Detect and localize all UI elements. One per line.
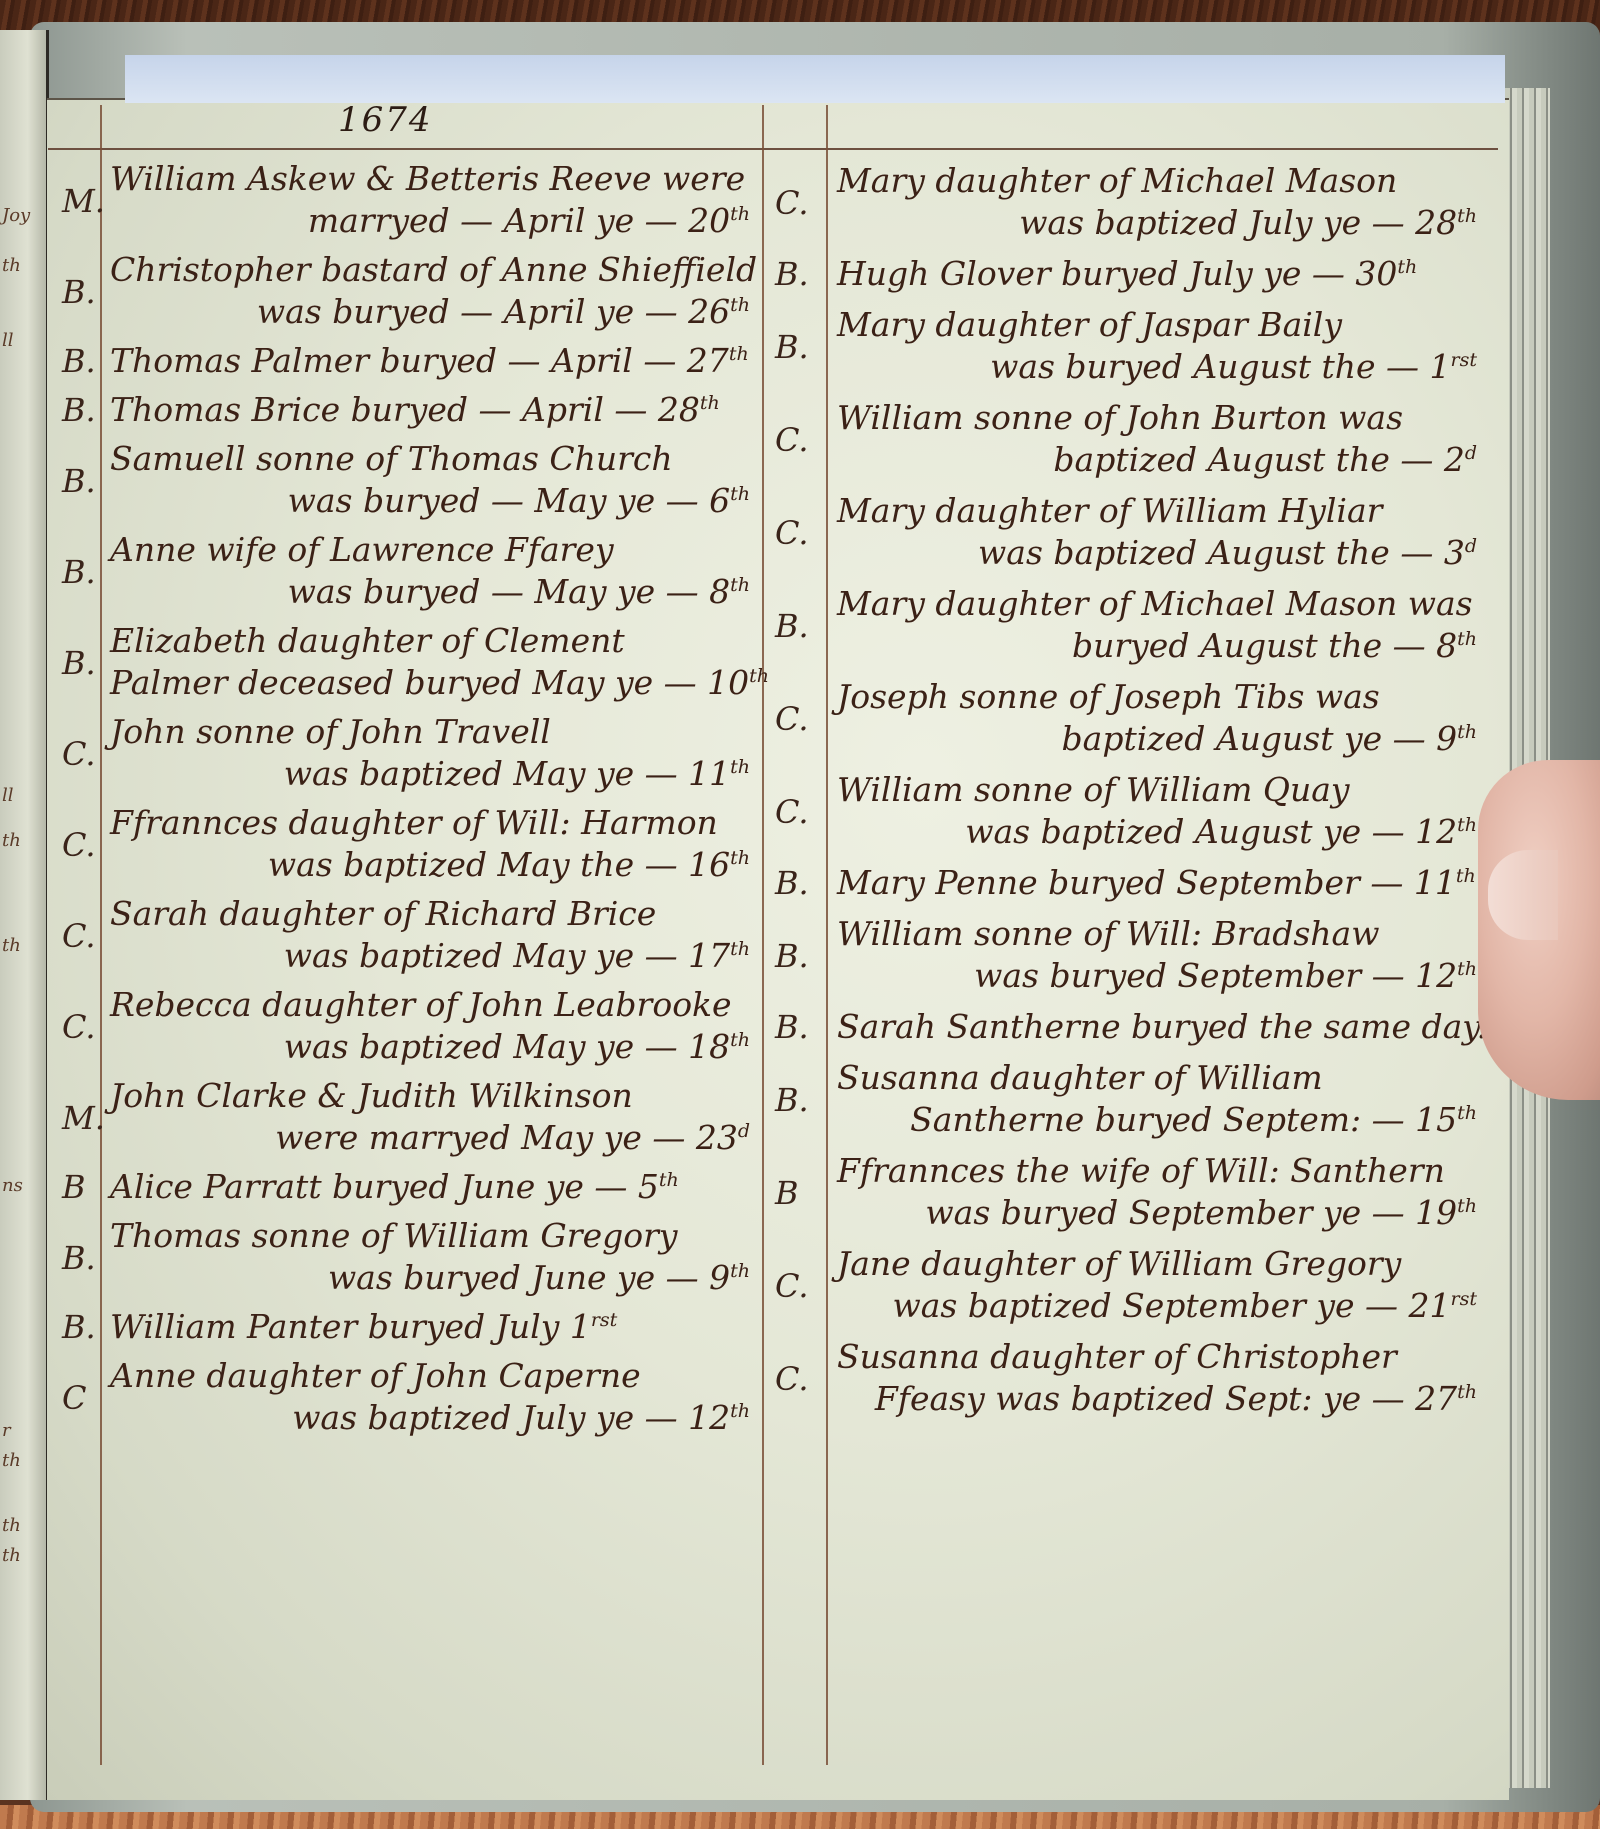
entry-line-2: was baptized August the — 3d bbox=[837, 532, 1477, 574]
margin-fragment: th bbox=[2, 935, 21, 956]
ordinal-suffix: th bbox=[1457, 1195, 1477, 1217]
ordinal-suffix: th bbox=[730, 203, 750, 225]
register-entry: B.William Panter buryed July 1rst bbox=[62, 1306, 762, 1348]
entry-line-1: Mary daughter of Jaspar Baily bbox=[837, 304, 1477, 346]
entry-line-1: Elizabeth daughter of Clement bbox=[110, 620, 750, 662]
entry-line-2: was buryed June ye — 9th bbox=[110, 1257, 750, 1299]
entry-type-code: C. bbox=[775, 1360, 809, 1398]
entry-line-2: Santherne buryed Septem: — 15th bbox=[837, 1099, 1477, 1141]
entry-line-2: baptized August the — 2d bbox=[837, 439, 1477, 481]
register-entry: B.Mary daughter of Michael Mason wasbury… bbox=[775, 583, 1480, 667]
register-entry: M.John Clarke & Judith Wilkinsonwere mar… bbox=[62, 1075, 762, 1159]
register-entry: BFfrannces the wife of Will: Santhernwas… bbox=[775, 1150, 1480, 1234]
ordinal-suffix: th bbox=[1457, 814, 1477, 836]
register-entry: B.Hugh Glover buryed July ye — 30th bbox=[775, 253, 1480, 295]
entry-line-2: Palmer deceased buryed May ye — 10th bbox=[110, 662, 750, 704]
ordinal-suffix: th bbox=[730, 847, 750, 869]
ordinal-suffix: th bbox=[659, 1169, 679, 1191]
margin-fragment: Joy bbox=[2, 205, 30, 226]
entry-type-code: B. bbox=[775, 937, 809, 975]
register-entry: B.Samuell sonne of Thomas Churchwas bury… bbox=[62, 438, 762, 522]
register-entry: B.Christopher bastard of Anne Shieffield… bbox=[62, 249, 762, 333]
entry-line-2: was baptized September ye — 21rst bbox=[837, 1285, 1477, 1327]
margin-fragment: th bbox=[2, 1450, 21, 1471]
entry-type-code: C. bbox=[62, 735, 96, 773]
register-entry: BAlice Parratt buryed June ye — 5th bbox=[62, 1166, 762, 1208]
register-entry: B.Elizabeth daughter of ClementPalmer de… bbox=[62, 620, 762, 704]
entry-line-1: William sonne of Will: Bradshaw bbox=[837, 913, 1477, 955]
ordinal-suffix: th bbox=[749, 665, 769, 687]
entry-line-2: was baptized May ye — 11th bbox=[110, 753, 750, 795]
entry-type-code: C bbox=[62, 1379, 86, 1417]
entry-line-1: Anne daughter of John Caperne bbox=[110, 1355, 750, 1397]
register-entry: B.Thomas Palmer buryed — April — 27th bbox=[62, 340, 762, 382]
entry-line-2: was buryed — April ye — 26th bbox=[110, 291, 750, 333]
entry-type-code: B. bbox=[775, 864, 809, 902]
entry-line-1: Thomas Brice buryed — April — 28th bbox=[110, 389, 750, 431]
entry-line-1: Ffrannces the wife of Will: Santhern bbox=[837, 1150, 1477, 1192]
ordinal-suffix: th bbox=[1457, 1381, 1477, 1403]
register-entry: B.Susanna daughter of WilliamSantherne b… bbox=[775, 1057, 1480, 1141]
register-entry: C.Susanna daughter of ChristopherFfeasy … bbox=[775, 1336, 1480, 1420]
register-entry: B.Thomas sonne of William Gregorywas bur… bbox=[62, 1215, 762, 1299]
register-entry: C.Mary daughter of William Hyliarwas bap… bbox=[775, 490, 1480, 574]
entry-line-1: Rebecca daughter of John Leabrooke bbox=[110, 984, 750, 1026]
ordinal-suffix: d bbox=[1465, 442, 1477, 464]
entry-line-1: Sarah Santherne buryed the same day. bbox=[837, 1006, 1477, 1048]
entry-line-1: Samuell sonne of Thomas Church bbox=[110, 438, 750, 480]
entry-type-code: B. bbox=[62, 553, 96, 591]
entry-type-code: M. bbox=[62, 182, 105, 220]
entry-line-2: was buryed September ye — 19th bbox=[837, 1192, 1477, 1234]
entry-line-2: was baptized May ye — 18th bbox=[110, 1026, 750, 1068]
register-entry: CAnne daughter of John Capernewas baptiz… bbox=[62, 1355, 762, 1439]
ordinal-suffix: d bbox=[738, 1120, 750, 1142]
entry-type-code: B. bbox=[775, 607, 809, 645]
entry-type-code: C. bbox=[775, 514, 809, 552]
ordinal-suffix: th bbox=[730, 574, 750, 596]
entry-line-2: was baptized May the — 16th bbox=[110, 844, 750, 886]
entry-line-1: Alice Parratt buryed June ye — 5th bbox=[110, 1166, 750, 1208]
ordinal-suffix: rst bbox=[1451, 1288, 1477, 1310]
entry-line-1: Anne wife of Lawrence Ffarey bbox=[110, 529, 750, 571]
entry-type-code: B. bbox=[62, 391, 96, 429]
margin-fragment: th bbox=[2, 255, 21, 276]
entry-line-1: Joseph sonne of Joseph Tibs was bbox=[837, 676, 1477, 718]
entry-line-1: William sonne of William Quay bbox=[837, 769, 1477, 811]
entry-line-2: was buryed September — 12th bbox=[837, 955, 1477, 997]
blue-card-insert bbox=[125, 55, 1505, 103]
entry-type-code: B. bbox=[62, 342, 96, 380]
entry-line-1: Thomas sonne of William Gregory bbox=[110, 1215, 750, 1257]
register-entry: C.Sarah daughter of Richard Bricewas bap… bbox=[62, 893, 762, 977]
ordinal-suffix: th bbox=[730, 1029, 750, 1051]
register-entry: B.Thomas Brice buryed — April — 28th bbox=[62, 389, 762, 431]
ordinal-suffix: th bbox=[700, 392, 720, 414]
entry-type-code: C. bbox=[775, 793, 809, 831]
right-column-entries: C.Mary daughter of Michael Masonwas bapt… bbox=[775, 160, 1480, 1429]
entry-line-1: John sonne of John Travell bbox=[110, 711, 750, 753]
margin-fragment: th bbox=[2, 1515, 21, 1536]
ordinal-suffix: th bbox=[1397, 256, 1417, 278]
register-entry: C.William sonne of John Burton wasbaptiz… bbox=[775, 397, 1480, 481]
entry-type-code: B. bbox=[62, 462, 96, 500]
header-rule bbox=[48, 148, 1498, 150]
ordinal-suffix: th bbox=[730, 756, 750, 778]
entry-line-2: buryed August the — 8th bbox=[837, 625, 1477, 667]
register-entry: C.Mary daughter of Michael Masonwas bapt… bbox=[775, 160, 1480, 244]
entry-line-1: William Askew & Betteris Reeve were bbox=[110, 158, 750, 200]
thumbnail-highlight bbox=[1488, 850, 1558, 940]
ordinal-suffix: th bbox=[1457, 721, 1477, 743]
entry-line-2: was buryed — May ye — 8th bbox=[110, 571, 750, 613]
entry-line-1: Susanna daughter of William bbox=[837, 1057, 1477, 1099]
entry-line-1: Mary Penne buryed September — 11th bbox=[837, 862, 1477, 904]
entry-type-code: C. bbox=[775, 184, 809, 222]
entry-line-1: John Clarke & Judith Wilkinson bbox=[110, 1075, 750, 1117]
entry-type-code: B. bbox=[775, 1008, 809, 1046]
entry-type-code: C. bbox=[775, 421, 809, 459]
register-entry: B.Sarah Santherne buryed the same day. bbox=[775, 1006, 1480, 1048]
entry-line-2: was baptized May ye — 17th bbox=[110, 935, 750, 977]
entry-line-1: Sarah daughter of Richard Brice bbox=[110, 893, 750, 935]
left-column-entries: M.William Askew & Betteris Reeve weremar… bbox=[62, 158, 762, 1446]
page-year-heading: 1674 bbox=[338, 100, 433, 140]
ordinal-suffix: d bbox=[1465, 535, 1477, 557]
margin-fragment: r bbox=[2, 1420, 11, 1441]
register-entry: M.William Askew & Betteris Reeve weremar… bbox=[62, 158, 762, 242]
entry-line-2: was baptized July ye — 12th bbox=[110, 1397, 750, 1439]
entry-line-1: Christopher bastard of Anne Shieffield bbox=[110, 249, 750, 291]
entry-line-1: Mary daughter of Michael Mason was bbox=[837, 583, 1477, 625]
entry-type-code: M. bbox=[62, 1099, 105, 1137]
register-entry: B.Mary Penne buryed September — 11th bbox=[775, 862, 1480, 904]
margin-fragment: ns bbox=[2, 1175, 23, 1196]
entry-type-code: B. bbox=[62, 1308, 96, 1346]
entry-type-code: C. bbox=[775, 700, 809, 738]
register-entry: C.Rebecca daughter of John Leabrookewas … bbox=[62, 984, 762, 1068]
register-entry: B.William sonne of Will: Bradshawwas bur… bbox=[775, 913, 1480, 997]
entry-line-2: was baptized August ye — 12th bbox=[837, 811, 1477, 853]
margin-fragment: th bbox=[2, 1545, 21, 1566]
entry-type-code: C. bbox=[775, 1267, 809, 1305]
entry-line-1: Susanna daughter of Christopher bbox=[837, 1336, 1477, 1378]
entry-type-code: B. bbox=[775, 1081, 809, 1119]
entry-line-2: was buryed — May ye — 6th bbox=[110, 480, 750, 522]
entry-line-2: marryed — April ye — 20th bbox=[110, 200, 750, 242]
column-divider-left bbox=[762, 105, 764, 1765]
entry-line-1: Mary daughter of Michael Mason bbox=[837, 160, 1477, 202]
register-entry: C.Jane daughter of William Gregorywas ba… bbox=[775, 1243, 1480, 1327]
ordinal-suffix: th bbox=[1457, 628, 1477, 650]
entry-type-code: C. bbox=[62, 1008, 96, 1046]
previous-page-edge: Joy th ll ll th th ns r th th th bbox=[0, 30, 49, 1800]
register-entry: C.William sonne of William Quaywas bapti… bbox=[775, 769, 1480, 853]
register-entry: B.Mary daughter of Jaspar Bailywas burye… bbox=[775, 304, 1480, 388]
entry-line-2: was baptized July ye — 28th bbox=[837, 202, 1477, 244]
entry-line-1: William sonne of John Burton was bbox=[837, 397, 1477, 439]
entry-line-2: were marryed May ye — 23d bbox=[110, 1117, 750, 1159]
ordinal-suffix: th bbox=[730, 1400, 750, 1422]
entry-type-code: C. bbox=[62, 826, 96, 864]
ordinal-suffix: th bbox=[1457, 205, 1477, 227]
entry-type-code: C. bbox=[62, 917, 96, 955]
entry-type-code: B. bbox=[62, 273, 96, 311]
entry-line-2: baptized August ye — 9th bbox=[837, 718, 1477, 760]
entry-line-1: Thomas Palmer buryed — April — 27th bbox=[110, 340, 750, 382]
entry-line-1: Ffrannces daughter of Will: Harmon bbox=[110, 802, 750, 844]
entry-line-2: Ffeasy was baptized Sept: ye — 27th bbox=[837, 1378, 1477, 1420]
entry-line-1: Mary daughter of William Hyliar bbox=[837, 490, 1477, 532]
register-entry: B.Anne wife of Lawrence Ffareywas buryed… bbox=[62, 529, 762, 613]
ordinal-suffix: th bbox=[1457, 958, 1477, 980]
entry-type-code: B bbox=[62, 1168, 86, 1206]
ordinal-suffix: th bbox=[1456, 865, 1476, 887]
entry-line-2: was buryed August the — 1rst bbox=[837, 346, 1477, 388]
ordinal-suffix: rst bbox=[1451, 349, 1477, 371]
register-entry: C.Ffrannces daughter of Will: Harmonwas … bbox=[62, 802, 762, 886]
register-entry: C.John sonne of John Travellwas baptized… bbox=[62, 711, 762, 795]
entry-line-1: Jane daughter of William Gregory bbox=[837, 1243, 1477, 1285]
entry-type-code: B. bbox=[775, 255, 809, 293]
ordinal-suffix: th bbox=[1457, 1102, 1477, 1124]
ordinal-suffix: th bbox=[730, 294, 750, 316]
entry-line-1: William Panter buryed July 1rst bbox=[110, 1306, 750, 1348]
register-entry: C.Joseph sonne of Joseph Tibs wasbaptize… bbox=[775, 676, 1480, 760]
ordinal-suffix: th bbox=[730, 938, 750, 960]
margin-fragment: ll bbox=[2, 785, 14, 806]
entry-type-code: B bbox=[775, 1174, 799, 1212]
entry-type-code: B. bbox=[62, 1239, 96, 1277]
entry-type-code: B. bbox=[62, 644, 96, 682]
entry-line-1: Hugh Glover buryed July ye — 30th bbox=[837, 253, 1477, 295]
ordinal-suffix: th bbox=[730, 1260, 750, 1282]
entry-type-code: B. bbox=[775, 328, 809, 366]
ordinal-suffix: th bbox=[729, 343, 749, 365]
ordinal-suffix: th bbox=[730, 483, 750, 505]
ordinal-suffix: rst bbox=[591, 1309, 617, 1331]
margin-fragment: th bbox=[2, 830, 21, 851]
margin-fragment: ll bbox=[2, 330, 14, 351]
